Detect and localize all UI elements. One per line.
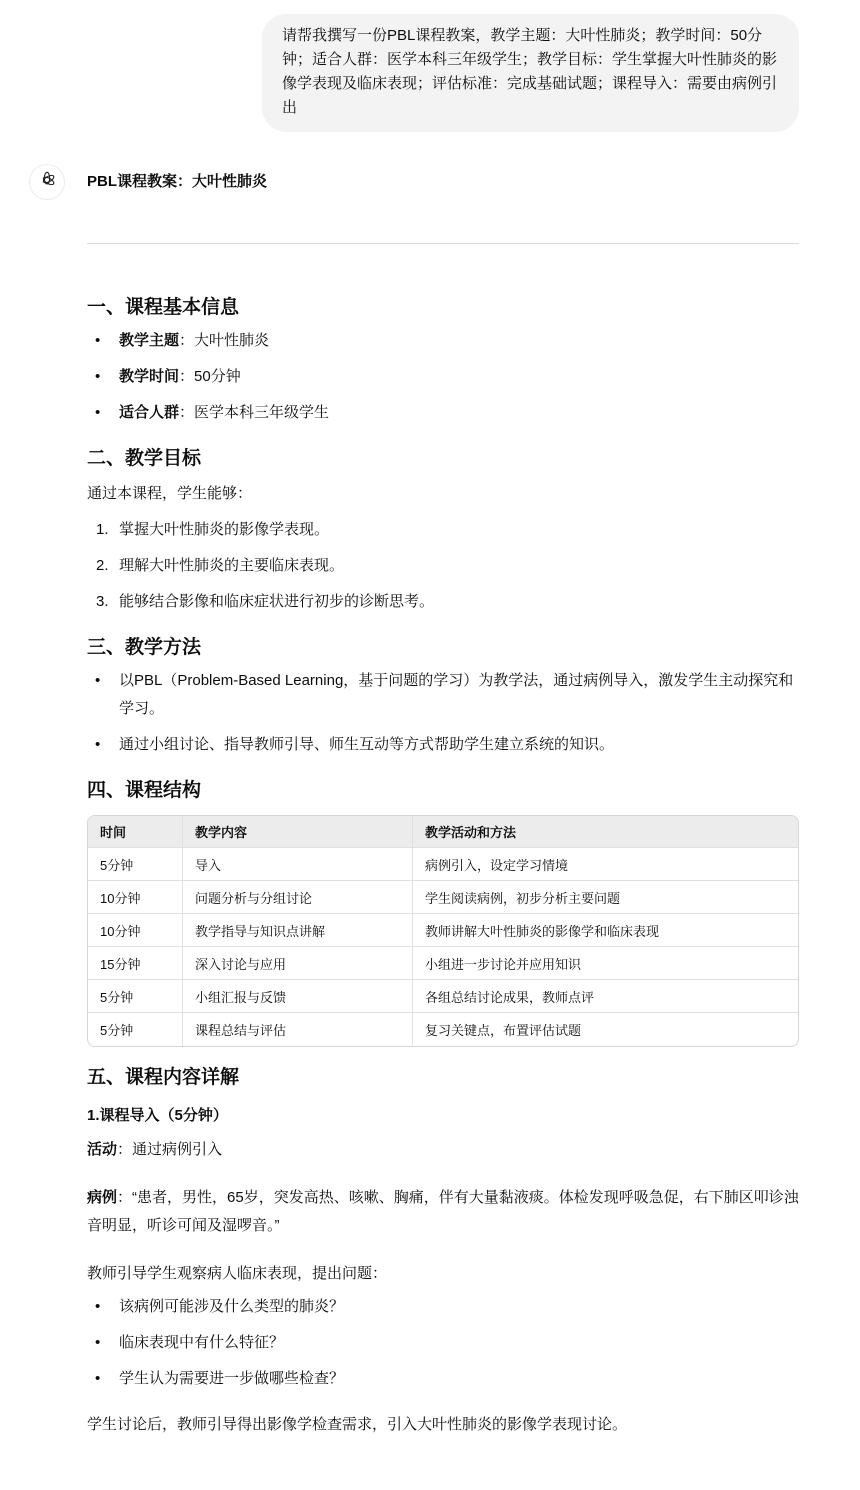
- cell-activity: 复习关键点，布置评估试题: [413, 1013, 798, 1046]
- list-item: 教学主题：大叶性肺炎: [87, 327, 799, 355]
- activity-label: 活动: [87, 1141, 117, 1158]
- item-label: 适合人群: [119, 404, 179, 421]
- user-message-text: 请帮我撰写一份PBL课程教案，教学主题：大叶性肺炎；教学时间：50分钟；适合人群…: [282, 27, 777, 116]
- list-item: 适合人群：医学本科三年级学生: [87, 399, 799, 427]
- table-row: 10分钟教学指导与知识点讲解教师讲解大叶性肺炎的影像学和临床表现: [88, 914, 798, 947]
- section-heading-structure: 四、课程结构: [87, 777, 799, 805]
- divider: [87, 243, 799, 244]
- list-item: 学生认为需要进一步做哪些检查？: [87, 1365, 799, 1393]
- list-item: 临床表现中有什么特征？: [87, 1329, 799, 1357]
- course-structure-table: 时间 教学内容 教学活动和方法 5分钟导入病例引入，设定学习情境 10分钟问题分…: [87, 815, 799, 1047]
- item-value: ：50分钟: [179, 368, 241, 385]
- case-text: ：“患者，男性，65岁，突发高热、咳嗽、胸痛，伴有大量黏液痰。体检发现呼吸急促，…: [87, 1189, 799, 1234]
- column-header: 教学活动和方法: [413, 816, 798, 848]
- item-label: 教学时间: [119, 368, 179, 385]
- cell-time: 10分钟: [88, 914, 183, 947]
- table-row: 10分钟问题分析与分组讨论学生阅读病例，初步分析主要问题: [88, 881, 798, 914]
- list-item: 该病例可能涉及什么类型的肺炎？: [87, 1293, 799, 1321]
- conclusion-paragraph: 学生讨论后，教师引导得出影像学检查需求，引入大叶性肺炎的影像学表现讨论。: [87, 1411, 799, 1439]
- item-value: ：大叶性肺炎: [179, 332, 269, 349]
- activity-text: ：通过病例引入: [117, 1141, 222, 1158]
- sub-heading-intro: 1.课程导入（5分钟）: [87, 1102, 799, 1130]
- cell-activity: 病例引入，设定学习情境: [413, 848, 798, 881]
- user-message-bubble: 请帮我撰写一份PBL课程教案，教学主题：大叶性肺炎；教学时间：50分钟；适合人群…: [262, 14, 799, 132]
- cell-content: 问题分析与分组讨论: [183, 881, 413, 914]
- item-label: 教学主题: [119, 332, 179, 349]
- cell-activity: 小组进一步讨论并应用知识: [413, 947, 798, 980]
- cell-content: 课程总结与评估: [183, 1013, 413, 1046]
- cell-time: 5分钟: [88, 1013, 183, 1046]
- objectives-list: 1.掌握大叶性肺炎的影像学表现。 2.理解大叶性肺炎的主要临床表现。 3.能够结…: [87, 516, 799, 616]
- table-row: 5分钟小组汇报与反馈各组总结讨论成果，教师点评: [88, 980, 798, 1013]
- questions-list: 该病例可能涉及什么类型的肺炎？ 临床表现中有什么特征？ 学生认为需要进一步做哪些…: [87, 1293, 799, 1393]
- activity-line: 活动：通过病例引入: [87, 1136, 799, 1164]
- cell-time: 5分钟: [88, 848, 183, 881]
- list-item: 通过小组讨论、指导教师引导、师生互动等方式帮助学生建立系统的知识。: [87, 731, 799, 759]
- objectives-intro: 通过本课程，学生能够：: [87, 480, 799, 508]
- table-row: 15分钟深入讨论与应用小组进一步讨论并应用知识: [88, 947, 798, 980]
- cell-activity: 教师讲解大叶性肺炎的影像学和临床表现: [413, 914, 798, 947]
- list-item: 1.掌握大叶性肺炎的影像学表现。: [87, 516, 799, 544]
- basic-info-list: 教学主题：大叶性肺炎 教学时间：50分钟 适合人群：医学本科三年级学生: [87, 327, 799, 427]
- cell-content: 教学指导与知识点讲解: [183, 914, 413, 947]
- cell-activity: 学生阅读病例，初步分析主要问题: [413, 881, 798, 914]
- list-item: 3.能够结合影像和临床症状进行初步的诊断思考。: [87, 588, 799, 616]
- list-item: 2.理解大叶性肺炎的主要临床表现。: [87, 552, 799, 580]
- cell-content: 深入讨论与应用: [183, 947, 413, 980]
- guide-paragraph: 教师引导学生观察病人临床表现，提出问题：: [87, 1260, 799, 1288]
- cell-activity: 各组总结讨论成果，教师点评: [413, 980, 798, 1013]
- cell-time: 10分钟: [88, 881, 183, 914]
- openai-logo-icon: [37, 170, 57, 195]
- list-item: 以PBL（Problem-Based Learning，基于问题的学习）为教学法…: [87, 667, 799, 723]
- table-header-row: 时间 教学内容 教学活动和方法: [88, 816, 798, 848]
- section-heading-objectives: 二、教学目标: [87, 445, 799, 473]
- cell-time: 15分钟: [88, 947, 183, 980]
- assistant-avatar: [29, 164, 65, 200]
- item-value: ：医学本科三年级学生: [179, 404, 329, 421]
- methods-list: 以PBL（Problem-Based Learning，基于问题的学习）为教学法…: [87, 667, 799, 759]
- cell-time: 5分钟: [88, 980, 183, 1013]
- table-row: 5分钟导入病例引入，设定学习情境: [88, 848, 798, 881]
- section-heading-basic-info: 一、课程基本信息: [87, 294, 799, 322]
- case-paragraph: 病例：“患者，男性，65岁，突发高热、咳嗽、胸痛，伴有大量黏液痰。体检发现呼吸急…: [87, 1184, 799, 1240]
- case-label: 病例: [87, 1189, 117, 1206]
- assistant-response: PBL课程教案：大叶性肺炎 一、课程基本信息 教学主题：大叶性肺炎 教学时间：5…: [87, 168, 799, 1439]
- table-row: 5分钟课程总结与评估复习关键点，布置评估试题: [88, 1013, 798, 1046]
- cell-content: 小组汇报与反馈: [183, 980, 413, 1013]
- section-heading-methods: 三、教学方法: [87, 634, 799, 662]
- cell-content: 导入: [183, 848, 413, 881]
- list-item: 教学时间：50分钟: [87, 363, 799, 391]
- column-header: 教学内容: [183, 816, 413, 848]
- column-header: 时间: [88, 816, 183, 848]
- section-heading-details: 五、课程内容详解: [87, 1064, 799, 1092]
- response-title: PBL课程教案：大叶性肺炎: [87, 168, 799, 196]
